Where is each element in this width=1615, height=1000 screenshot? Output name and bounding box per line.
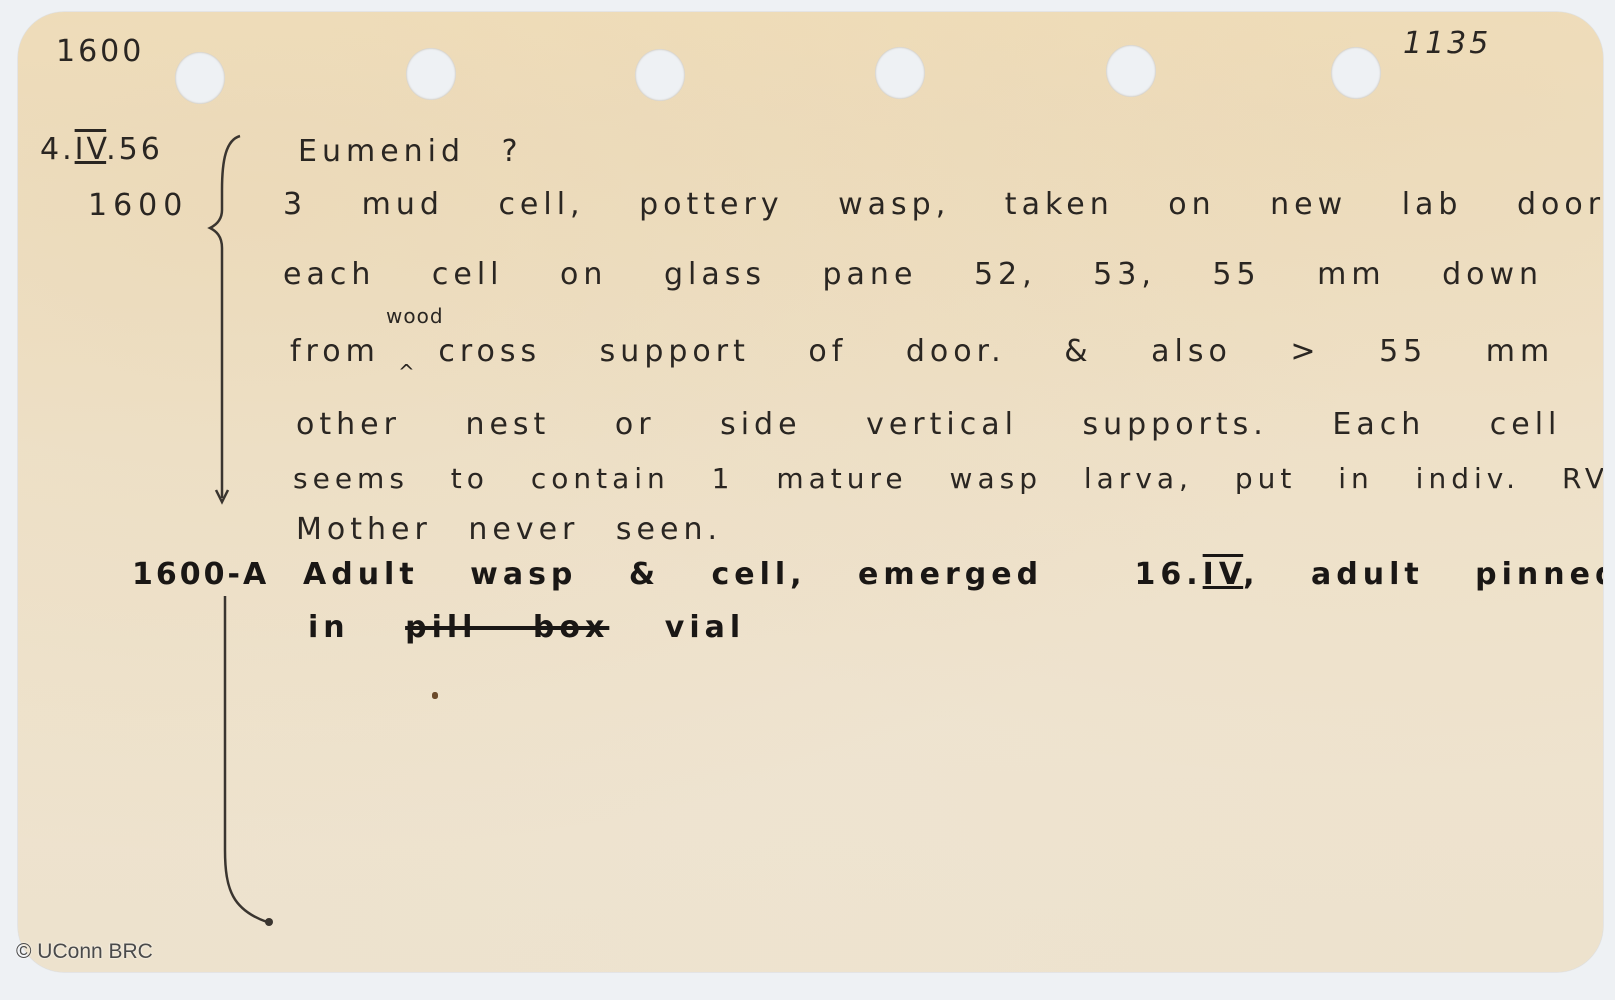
entry-a-catalog-number: 1600-A <box>132 557 269 592</box>
punch-hole-2 <box>406 48 456 100</box>
date-day: 4. <box>40 132 75 167</box>
note-line-7: Mother never seen. <box>296 512 722 547</box>
entry-catalog-number: 1600 <box>88 188 188 223</box>
scan-viewer: 1600 1135 4.IV.56 1600 Eumenid ? 3 mud c… <box>0 0 1615 1000</box>
punch-hole-3 <box>635 49 685 101</box>
paper-stain <box>432 692 438 699</box>
note-line-6: seems to contain 1 mature wasp larva, pu… <box>293 462 1603 495</box>
entry-a-line-1: Adult wasp & cell, emerged 16.IV, adult … <box>303 557 1603 592</box>
date-month: IV <box>75 132 107 167</box>
entry-a-line-2-suffix: vial <box>665 610 745 645</box>
date-year: .56 <box>106 132 163 167</box>
corner-number-right: 1135 <box>1403 26 1491 61</box>
entry-a-line-1-text: Adult wasp & cell, emerged <box>303 557 1043 592</box>
entry-a-arrow-icon <box>213 590 293 940</box>
index-card: 1600 1135 4.IV.56 1600 Eumenid ? 3 mud c… <box>18 12 1603 972</box>
entry-a-line-2: in pill box vial <box>308 610 745 645</box>
punch-hole-5 <box>1106 45 1156 97</box>
note-line-3: each cell on glass pane 52, 53, 55 mm do… <box>283 257 1543 292</box>
entry-a-date-month: IV <box>1203 557 1244 592</box>
struck-through-text: pill box <box>405 610 609 645</box>
brace-bracket-icon <box>204 130 264 510</box>
note-line-1: Eumenid ? <box>298 134 523 169</box>
note-line-4: from cross support of door. & also > 55 … <box>290 334 1603 369</box>
punch-hole-1 <box>175 52 225 104</box>
punch-hole-4 <box>875 47 925 99</box>
note-line-5: other nest or side vertical supports. Ea… <box>296 407 1561 442</box>
entry-a-date-day: 16. <box>1135 557 1203 592</box>
entry-a-line-2-prefix: in <box>308 610 350 645</box>
insertion-word: wood <box>386 304 444 328</box>
entry-a-line-1-rest: , adult pinned, cell <box>1243 557 1603 592</box>
corner-number-left: 1600 <box>56 34 144 69</box>
punch-hole-6 <box>1331 47 1381 99</box>
entry-date: 4.IV.56 <box>40 132 163 167</box>
copyright-watermark: © UConn BRC <box>16 940 153 964</box>
note-line-2: 3 mud cell, pottery wasp, taken on new l… <box>283 187 1603 222</box>
